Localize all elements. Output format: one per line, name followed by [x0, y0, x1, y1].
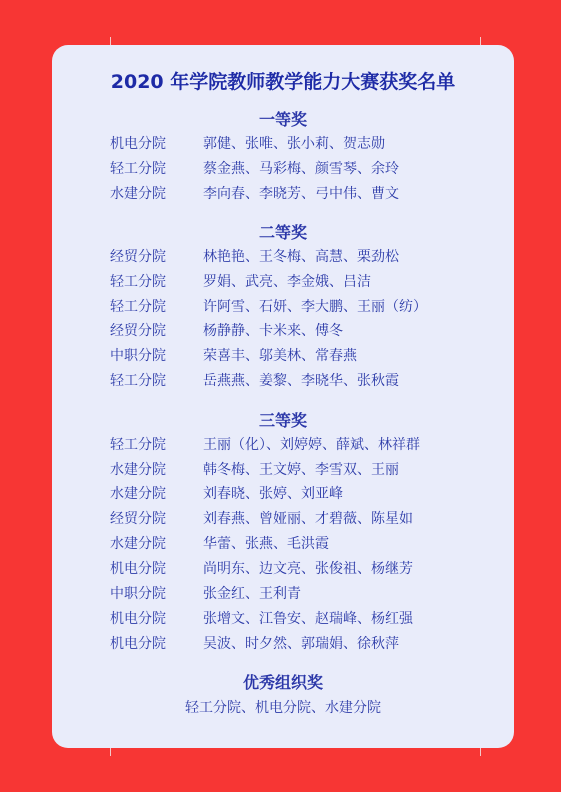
section-heading-third-prize: 三等奖 — [52, 408, 514, 431]
department: 轻工分院 — [110, 296, 166, 316]
department: 轻工分院 — [110, 158, 166, 178]
winner-names: 荣喜丰、邬美林、常春燕 — [203, 345, 357, 365]
department: 轻工分院 — [110, 271, 166, 291]
section-heading-first-prize: 一等奖 — [52, 107, 514, 130]
winner-names: 张增文、江鲁安、赵瑞峰、杨红强 — [203, 608, 413, 628]
winner-names: 杨静静、卡米来、傅冬 — [203, 320, 343, 340]
winner-names: 吴波、时夕然、郭瑞娟、徐秋萍 — [203, 633, 399, 653]
winner-names: 刘春燕、曾娅丽、才碧薇、陈星如 — [203, 508, 413, 528]
award-card: 2020 年学院教师教学能力大赛获奖名单 一等奖 机电分院 郭健、张唯、张小莉、… — [52, 45, 514, 748]
winner-names: 林艳艳、王冬梅、高慧、栗劲松 — [203, 246, 399, 266]
department: 水建分院 — [110, 459, 166, 479]
winner-names: 李向春、李晓芳、弓中伟、曹文 — [203, 183, 399, 203]
organization-award-names: 轻工分院、机电分院、水建分院 — [52, 697, 514, 717]
section-heading-second-prize: 二等奖 — [52, 220, 514, 243]
winner-names: 郭健、张唯、张小莉、贺志勋 — [203, 133, 385, 153]
department: 机电分院 — [110, 558, 166, 578]
department: 水建分院 — [110, 533, 166, 553]
department: 机电分院 — [110, 633, 166, 653]
department: 水建分院 — [110, 183, 166, 203]
department: 经贸分院 — [110, 508, 166, 528]
winner-names: 蔡金燕、马彩梅、颜雪琴、余玲 — [203, 158, 399, 178]
winner-names: 张金红、王利青 — [203, 583, 301, 603]
winner-names: 许阿雪、石妍、李大鹏、王丽（纺） — [203, 296, 427, 316]
department: 经贸分院 — [110, 320, 166, 340]
department: 经贸分院 — [110, 246, 166, 266]
winner-names: 尚明东、边文亮、张俊祖、杨继芳 — [203, 558, 413, 578]
page-title: 2020 年学院教师教学能力大赛获奖名单 — [52, 67, 514, 94]
crop-mark-bottom-right — [480, 748, 481, 756]
department: 轻工分院 — [110, 434, 166, 454]
winner-names: 刘春晓、张婷、刘亚峰 — [203, 483, 343, 503]
winner-names: 罗娟、武亮、李金娥、吕洁 — [203, 271, 371, 291]
crop-mark-top-right — [480, 37, 481, 45]
winner-names: 岳燕燕、姜黎、李晓华、张秋霞 — [203, 370, 399, 390]
crop-mark-top-left — [110, 37, 111, 45]
department: 中职分院 — [110, 583, 166, 603]
crop-mark-bottom-left — [110, 748, 111, 756]
section-heading-organization-award: 优秀组织奖 — [52, 670, 514, 693]
winner-names: 王丽（化）、刘婷婷、薛斌、林祥群 — [203, 434, 420, 454]
winner-names: 华蕾、张燕、毛洪霞 — [203, 533, 329, 553]
department: 机电分院 — [110, 133, 166, 153]
department: 水建分院 — [110, 483, 166, 503]
department: 轻工分院 — [110, 370, 166, 390]
department: 机电分院 — [110, 608, 166, 628]
winner-names: 韩冬梅、王文婷、李雪双、王丽 — [203, 459, 399, 479]
department: 中职分院 — [110, 345, 166, 365]
